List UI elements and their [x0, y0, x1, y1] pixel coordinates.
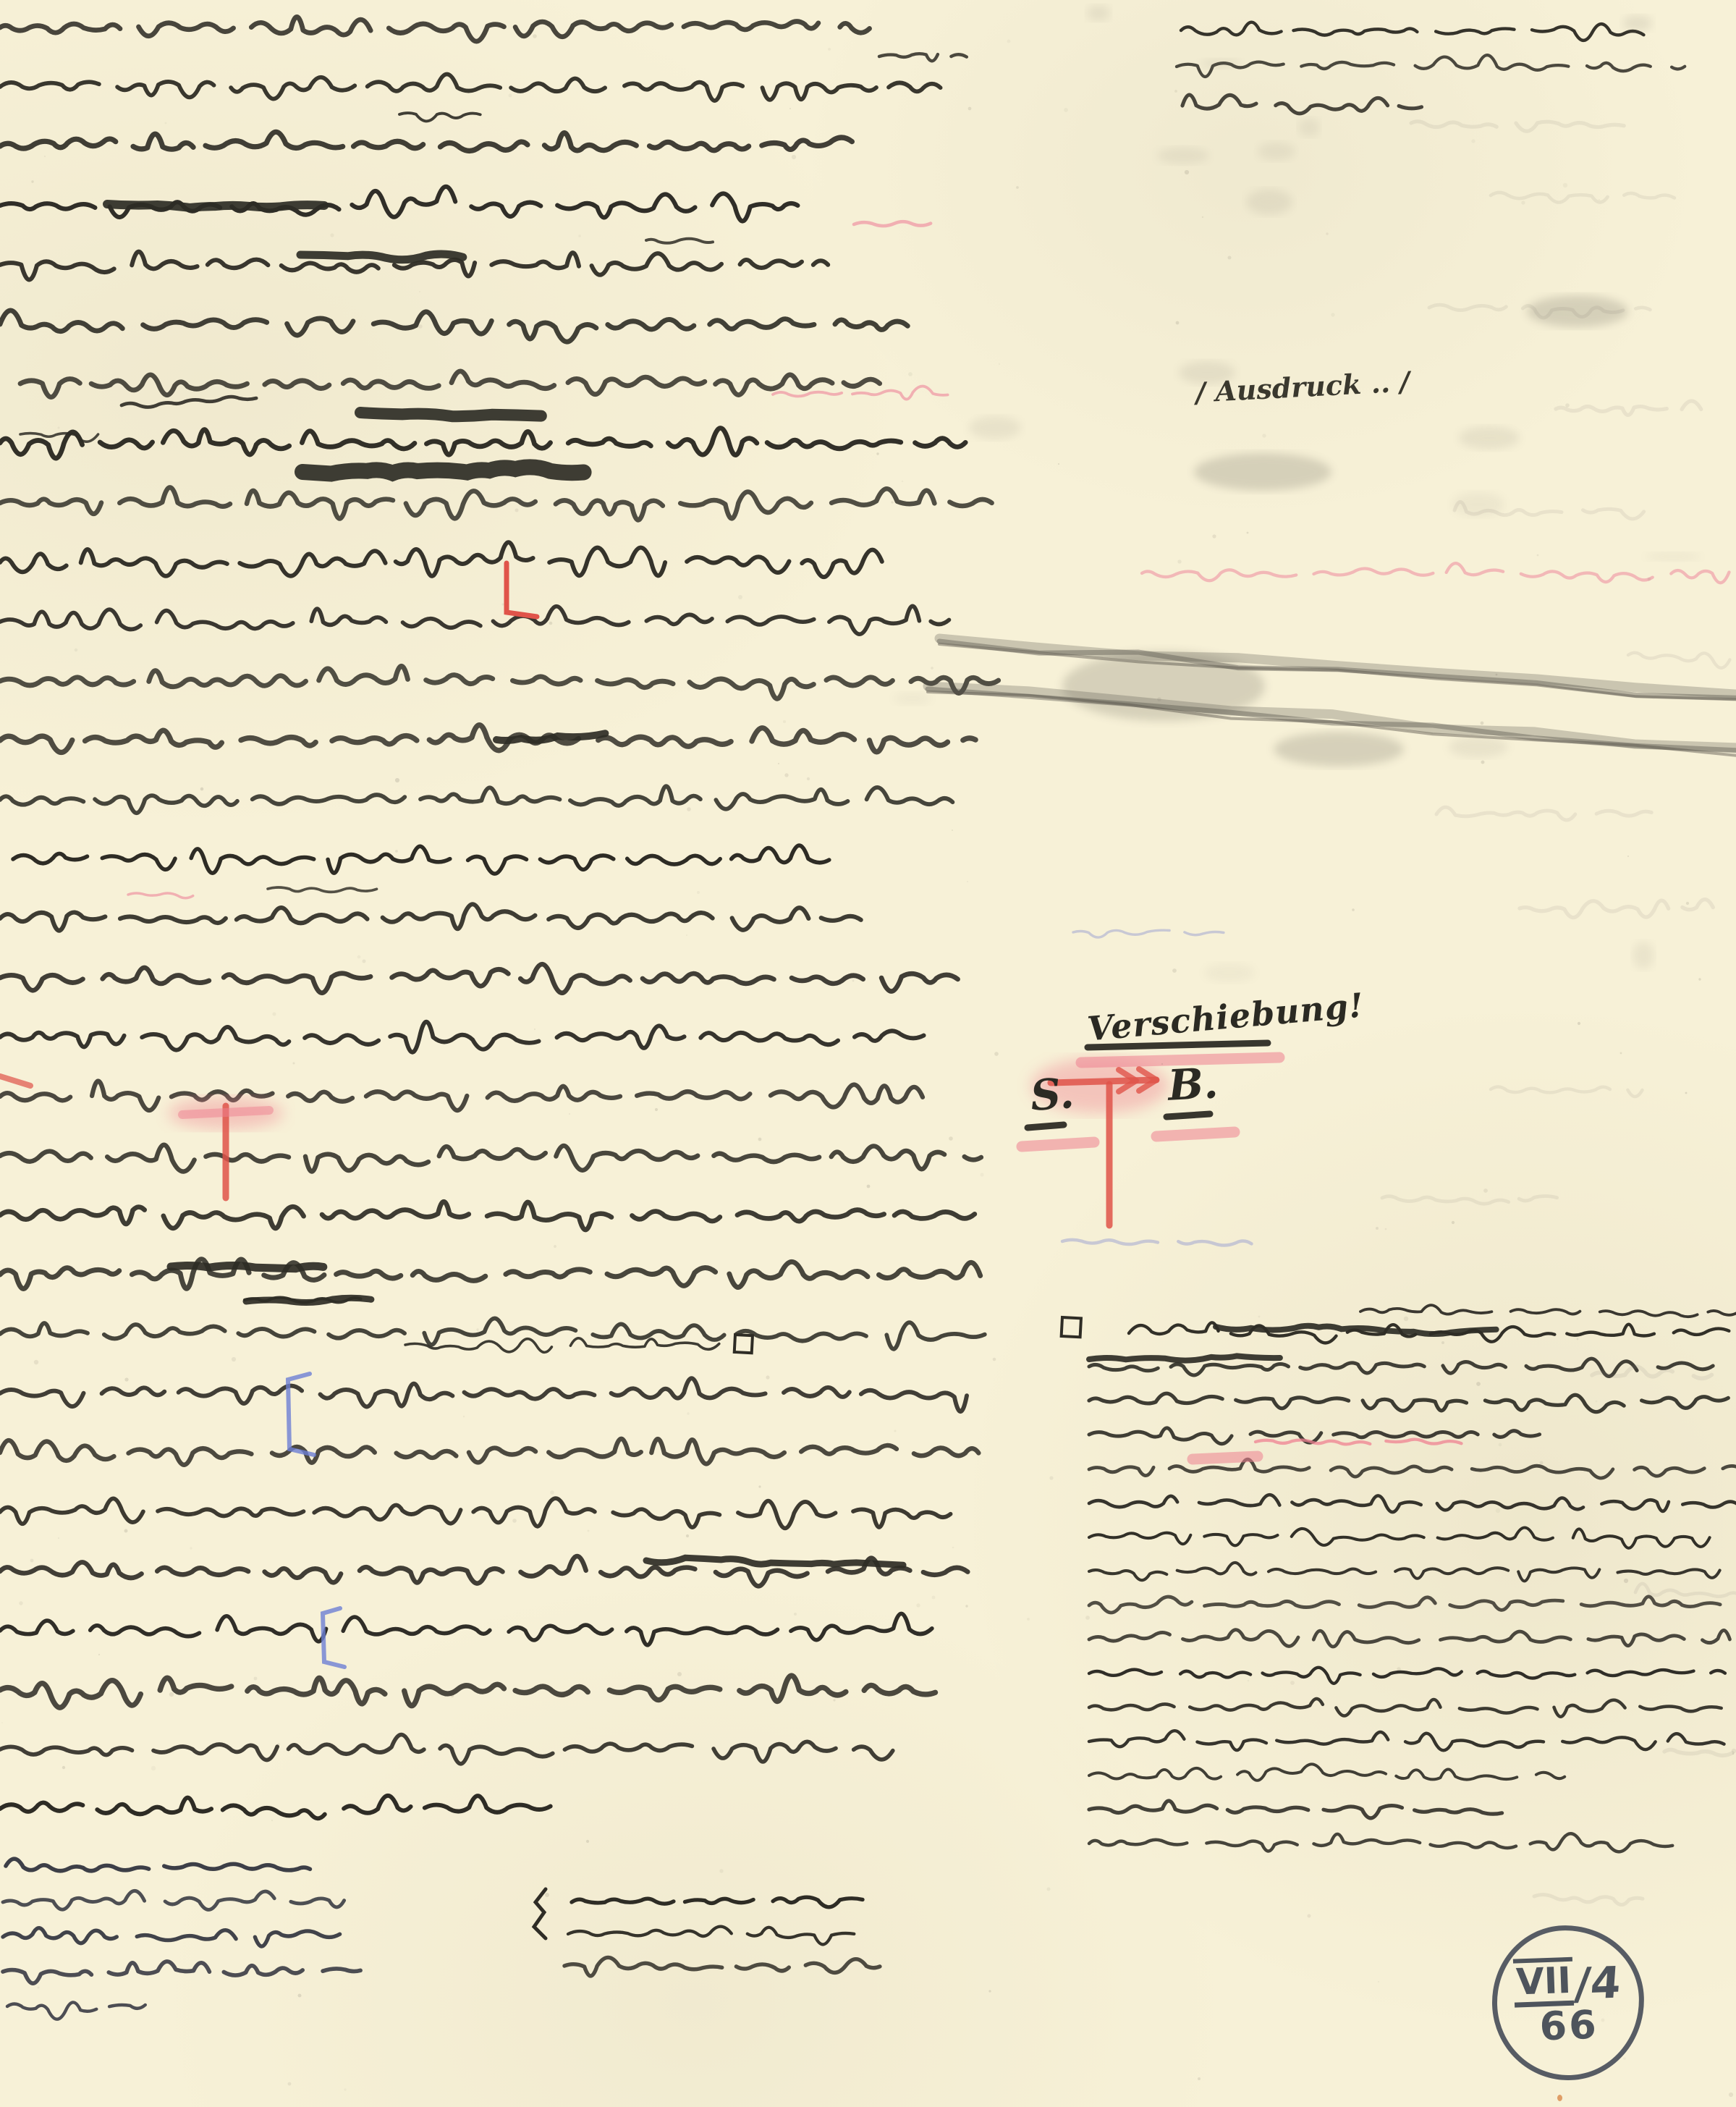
graphite-smudges	[1062, 295, 1628, 767]
handwriting-canvas	[0, 0, 1736, 2107]
bottom-left-note	[3, 1859, 376, 2019]
s-label: S.	[1029, 1068, 1076, 1120]
ink-strikethroughs	[107, 204, 1496, 1565]
stamp-slash-number: /4	[1573, 1961, 1622, 2006]
pink-pencil-line	[1142, 563, 1736, 583]
b-label: B.	[1166, 1058, 1219, 1110]
paper-speck	[1557, 2095, 1562, 2101]
top-right-note	[1177, 22, 1698, 114]
main-text-block	[0, 17, 1013, 1818]
manuscript-page: Verschiebung! S. B. / Ausdruck .. / VII …	[0, 0, 1736, 2107]
note-brace	[534, 1889, 546, 1938]
stamp-top-line: VII /4	[1513, 1955, 1622, 2007]
bottom-center-note	[564, 1897, 895, 1976]
stamp-roman-numeral: VII	[1513, 1957, 1574, 2008]
